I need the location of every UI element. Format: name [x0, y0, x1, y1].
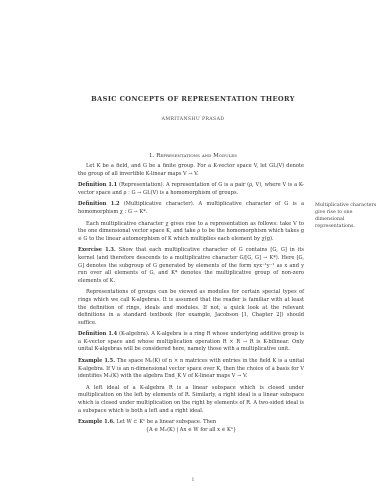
definition-label: Definition 1.1 — [78, 182, 117, 188]
definition-1-1: Definition 1.1 (Representation). A repre… — [78, 182, 304, 197]
paper-author: AMRITANSHU PRASAD — [0, 117, 386, 122]
paragraph-intro: Let K be a field, and G be a finite grou… — [78, 163, 304, 178]
paper-page: BASIC CONCEPTS OF REPRESENTATION THEORY … — [0, 0, 386, 500]
example-label: Example 1.6. — [78, 419, 115, 425]
definition-note: (Multiplicative character). — [124, 201, 195, 207]
paper-title: BASIC CONCEPTS OF REPRESENTATION THEORY — [0, 95, 386, 103]
example-label: Example 1.5. — [78, 358, 115, 364]
section-heading: 1. Representations and Modules — [0, 153, 386, 159]
margin-note: Multiplicative characters give rise to o… — [315, 202, 377, 230]
paragraph-modules: Representations of groups can be viewed … — [78, 289, 304, 327]
paragraph-character: Each multiplicative character χ gives ri… — [78, 221, 304, 244]
example-1-6: Example 1.6. Let W ⊂ Kⁿ be a linear subs… — [78, 419, 304, 427]
display-equation: {A ∈ Mₙ(K) | Ax ∈ W for all x ∈ Kⁿ} — [78, 427, 304, 435]
example-1-5: Example 1.5. The space Mₙ(K) of n × n ma… — [78, 358, 304, 381]
page-number: 1 — [0, 478, 386, 483]
definition-note: (K-algebra). — [119, 331, 149, 337]
definition-1-4: Definition 1.4 (K-algebra). A K-algebra … — [78, 331, 304, 354]
paper-body: Let K be a field, and G be a finite grou… — [78, 163, 304, 434]
definition-1-2: Definition 1.2 (Multiplicative character… — [78, 201, 304, 216]
exercise-label: Exercise 1.3. — [78, 247, 116, 253]
paragraph-ideals: A left ideal of a K-algebra R is a linea… — [78, 385, 304, 415]
definition-note: (Representation). — [119, 182, 164, 188]
example-text: Let W ⊂ Kⁿ be a linear subspace. Then — [115, 419, 216, 425]
definition-label: Definition 1.2 — [78, 201, 120, 207]
definition-label: Definition 1.4 — [78, 331, 117, 337]
exercise-1-3: Exercise 1.3. Show that each multiplicat… — [78, 247, 304, 285]
